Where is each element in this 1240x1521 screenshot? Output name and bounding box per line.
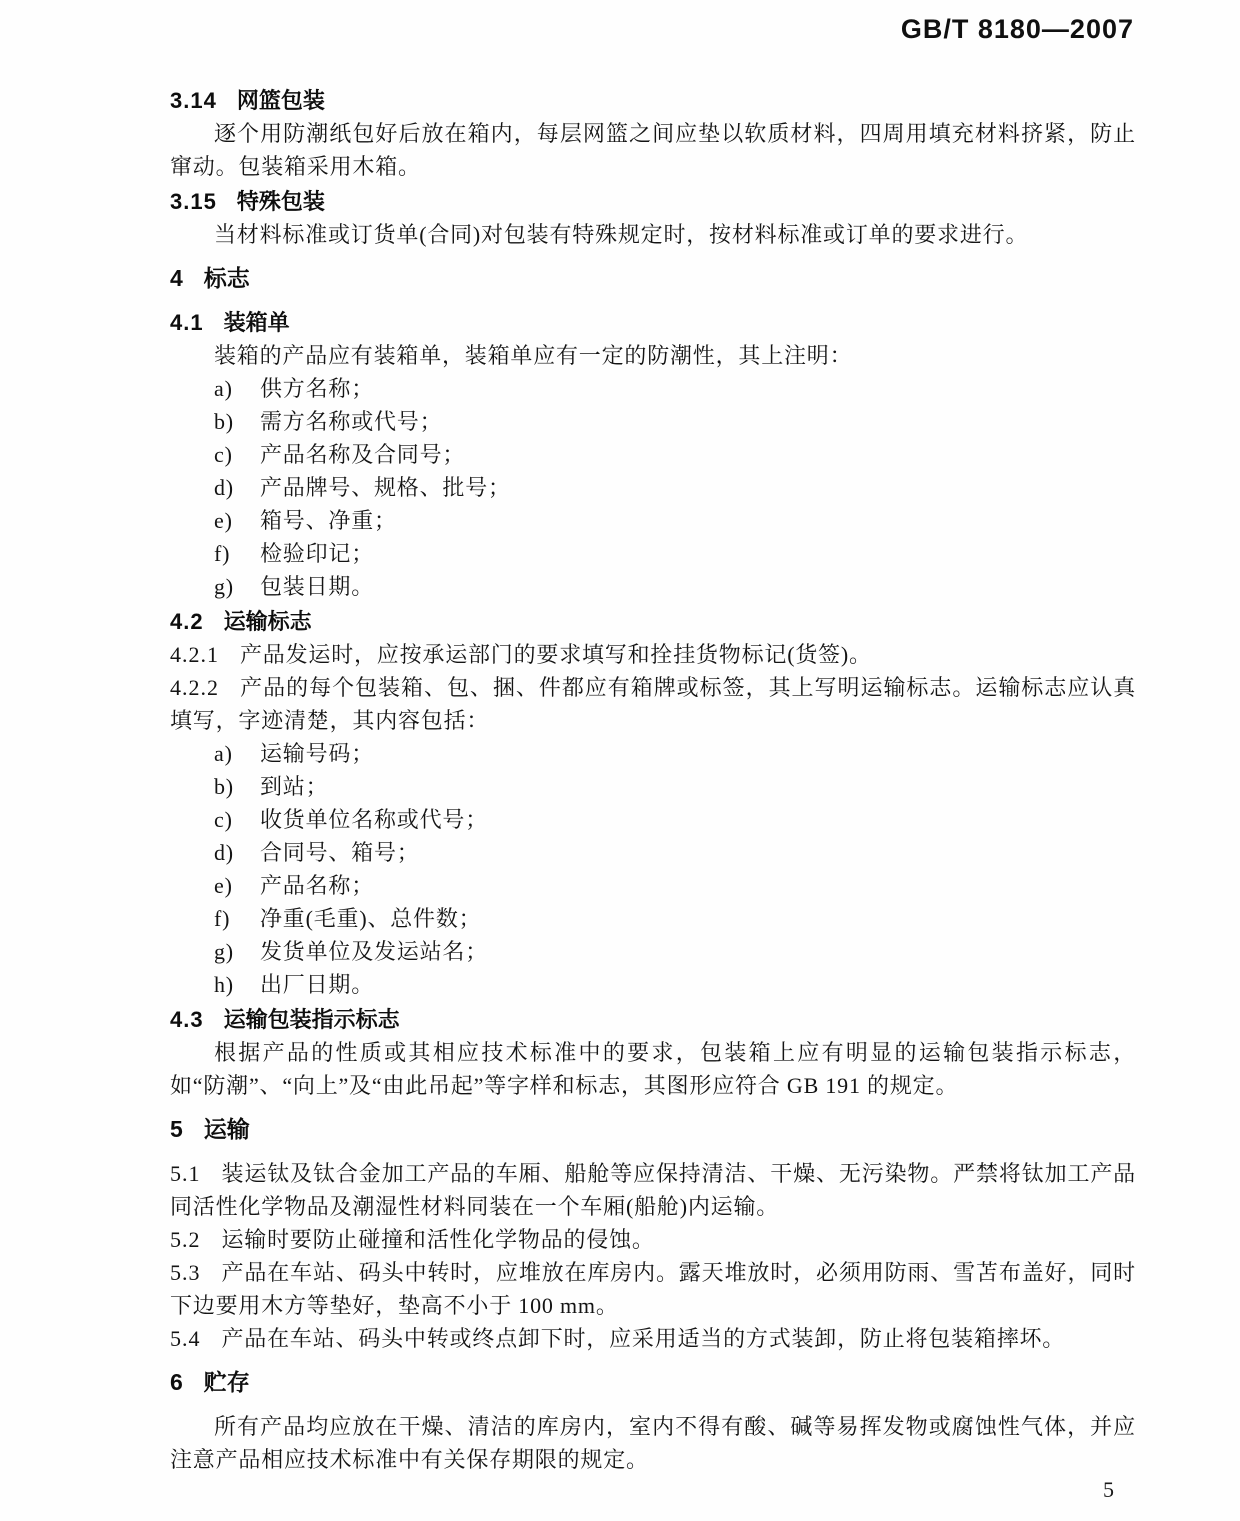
paragraph: 根据产品的性质或其相应技术标准中的要求，包装箱上应有明显的运输包装指示标志，如“…: [170, 1036, 1136, 1102]
list-item-marker: g): [214, 570, 260, 603]
list-item: g)发货单位及发运站名；: [170, 935, 1136, 968]
chapter-heading: 4标志: [170, 262, 1136, 295]
heading-number: 3.14: [170, 88, 217, 113]
list-item: d)合同号、箱号；: [170, 836, 1136, 869]
heading-title: 装箱单: [224, 310, 290, 335]
clause-number: 5.3: [170, 1260, 201, 1285]
heading-title: 运输标志: [224, 609, 312, 634]
section-heading: 4.1装箱单: [170, 306, 1136, 339]
list-item-text: 产品牌号、规格、批号；: [260, 471, 1136, 504]
list-item-text: 包装日期。: [260, 570, 1136, 603]
list-item-text: 供方名称；: [260, 372, 1136, 405]
list-item-marker: e): [214, 504, 260, 537]
list-item-text: 需方名称或代号；: [260, 405, 1136, 438]
list-item-marker: c): [214, 803, 260, 836]
list-item-marker: b): [214, 405, 260, 438]
clause-paragraph: 5.4产品在车站、码头中转或终点卸下时，应采用适当的方式装卸，防止将包装箱摔坏。: [170, 1322, 1136, 1355]
heading-number: 4.3: [170, 1007, 204, 1032]
page-number: 5: [1103, 1477, 1114, 1503]
heading-title: 运输包装指示标志: [224, 1007, 400, 1032]
list-item-text: 收货单位名称或代号；: [260, 803, 1136, 836]
list-item-text: 产品名称及合同号；: [260, 438, 1136, 471]
heading-title: 网篮包装: [237, 88, 325, 113]
chapter-heading: 6贮存: [170, 1366, 1136, 1399]
list-item: c)产品名称及合同号；: [170, 438, 1136, 471]
lettered-list: a)运输号码；b)到站；c)收货单位名称或代号；d)合同号、箱号；e)产品名称；…: [170, 737, 1136, 1001]
list-item-text: 到站；: [260, 770, 1136, 803]
heading-title: 运输: [204, 1116, 250, 1142]
heading-title: 特殊包装: [237, 189, 325, 214]
list-item: d)产品牌号、规格、批号；: [170, 471, 1136, 504]
standard-code-header: GB/T 8180—2007: [901, 14, 1134, 45]
heading-number: 4.2: [170, 609, 204, 634]
list-item-text: 检验印记；: [260, 537, 1136, 570]
list-item-marker: a): [214, 372, 260, 405]
paragraph: 所有产品均应放在干燥、清洁的库房内，室内不得有酸、碱等易挥发物或腐蚀性气体，并应…: [170, 1410, 1136, 1476]
list-item-text: 出厂日期。: [260, 968, 1136, 1001]
clause-text: 产品发运时，应按承运部门的要求填写和拴挂货物标记(货签)。: [240, 642, 872, 667]
clause-paragraph: 4.2.1产品发运时，应按承运部门的要求填写和拴挂货物标记(货签)。: [170, 638, 1136, 671]
list-item: b)需方名称或代号；: [170, 405, 1136, 438]
paragraph: 装箱的产品应有装箱单，装箱单应有一定的防潮性，其上注明：: [170, 339, 1136, 372]
clause-paragraph: 5.1装运钛及钛合金加工产品的车厢、船舱等应保持清洁、干燥、无污染物。严禁将钛加…: [170, 1157, 1136, 1223]
list-item-marker: e): [214, 869, 260, 902]
list-item-text: 箱号、净重；: [260, 504, 1136, 537]
list-item-text: 产品名称；: [260, 869, 1136, 902]
heading-number: 6: [170, 1369, 184, 1395]
clause-number: 4.2.2: [170, 675, 219, 700]
section-heading: 4.2运输标志: [170, 605, 1136, 638]
list-item: f)净重(毛重)、总件数；: [170, 902, 1136, 935]
clause-paragraph: 5.2运输时要防止碰撞和活性化学物品的侵蚀。: [170, 1223, 1136, 1256]
list-item-marker: f): [214, 537, 260, 570]
heading-number: 5: [170, 1116, 184, 1142]
list-item: f)检验印记；: [170, 537, 1136, 570]
list-item: e)箱号、净重；: [170, 504, 1136, 537]
heading-title: 贮存: [204, 1369, 250, 1395]
clause-text: 装运钛及钛合金加工产品的车厢、船舱等应保持清洁、干燥、无污染物。严禁将钛加工产品…: [170, 1161, 1136, 1219]
document-content: 3.14网篮包装逐个用防潮纸包好后放在箱内，每层网篮之间应垫以软质材料，四周用填…: [170, 82, 1136, 1476]
clause-number: 5.4: [170, 1326, 201, 1351]
heading-number: 4: [170, 265, 184, 291]
paragraph: 逐个用防潮纸包好后放在箱内，每层网篮之间应垫以软质材料，四周用填充材料挤紧，防止…: [170, 117, 1136, 183]
heading-title: 标志: [204, 265, 250, 291]
list-item-marker: c): [214, 438, 260, 471]
list-item: e)产品名称；: [170, 869, 1136, 902]
section-heading: 3.15特殊包装: [170, 185, 1136, 218]
list-item: h)出厂日期。: [170, 968, 1136, 1001]
chapter-heading: 5运输: [170, 1113, 1136, 1146]
list-item-marker: h): [214, 968, 260, 1001]
section-heading: 3.14网篮包装: [170, 84, 1136, 117]
list-item-marker: a): [214, 737, 260, 770]
list-item-text: 合同号、箱号；: [260, 836, 1136, 869]
list-item-marker: d): [214, 471, 260, 504]
section-heading: 4.3运输包装指示标志: [170, 1003, 1136, 1036]
list-item-marker: g): [214, 935, 260, 968]
lettered-list: a)供方名称；b)需方名称或代号；c)产品名称及合同号；d)产品牌号、规格、批号…: [170, 372, 1136, 603]
list-item-text: 净重(毛重)、总件数；: [260, 902, 1136, 935]
paragraph: 当材料标准或订货单(合同)对包装有特殊规定时，按材料标准或订单的要求进行。: [170, 218, 1136, 251]
clause-paragraph: 4.2.2产品的每个包装箱、包、捆、件都应有箱牌或标签，其上写明运输标志。运输标…: [170, 671, 1136, 737]
clause-number: 5.1: [170, 1161, 201, 1186]
clause-text: 产品的每个包装箱、包、捆、件都应有箱牌或标签，其上写明运输标志。运输标志应认真填…: [170, 675, 1136, 733]
clause-text: 运输时要防止碰撞和活性化学物品的侵蚀。: [222, 1227, 655, 1252]
list-item: a)运输号码；: [170, 737, 1136, 770]
clause-text: 产品在车站、码头中转时，应堆放在库房内。露天堆放时，必须用防雨、雪苫布盖好，同时…: [170, 1260, 1136, 1318]
heading-number: 4.1: [170, 310, 204, 335]
list-item-text: 发货单位及发运站名；: [260, 935, 1136, 968]
list-item-marker: b): [214, 770, 260, 803]
list-item-marker: f): [214, 902, 260, 935]
list-item-text: 运输号码；: [260, 737, 1136, 770]
clause-number: 5.2: [170, 1227, 201, 1252]
heading-number: 3.15: [170, 189, 217, 214]
clause-text: 产品在车站、码头中转或终点卸下时，应采用适当的方式装卸，防止将包装箱摔坏。: [222, 1326, 1066, 1351]
list-item: a)供方名称；: [170, 372, 1136, 405]
clause-number: 4.2.1: [170, 642, 219, 667]
clause-paragraph: 5.3产品在车站、码头中转时，应堆放在库房内。露天堆放时，必须用防雨、雪苫布盖好…: [170, 1256, 1136, 1322]
list-item: c)收货单位名称或代号；: [170, 803, 1136, 836]
list-item-marker: d): [214, 836, 260, 869]
list-item: b)到站；: [170, 770, 1136, 803]
list-item: g)包装日期。: [170, 570, 1136, 603]
